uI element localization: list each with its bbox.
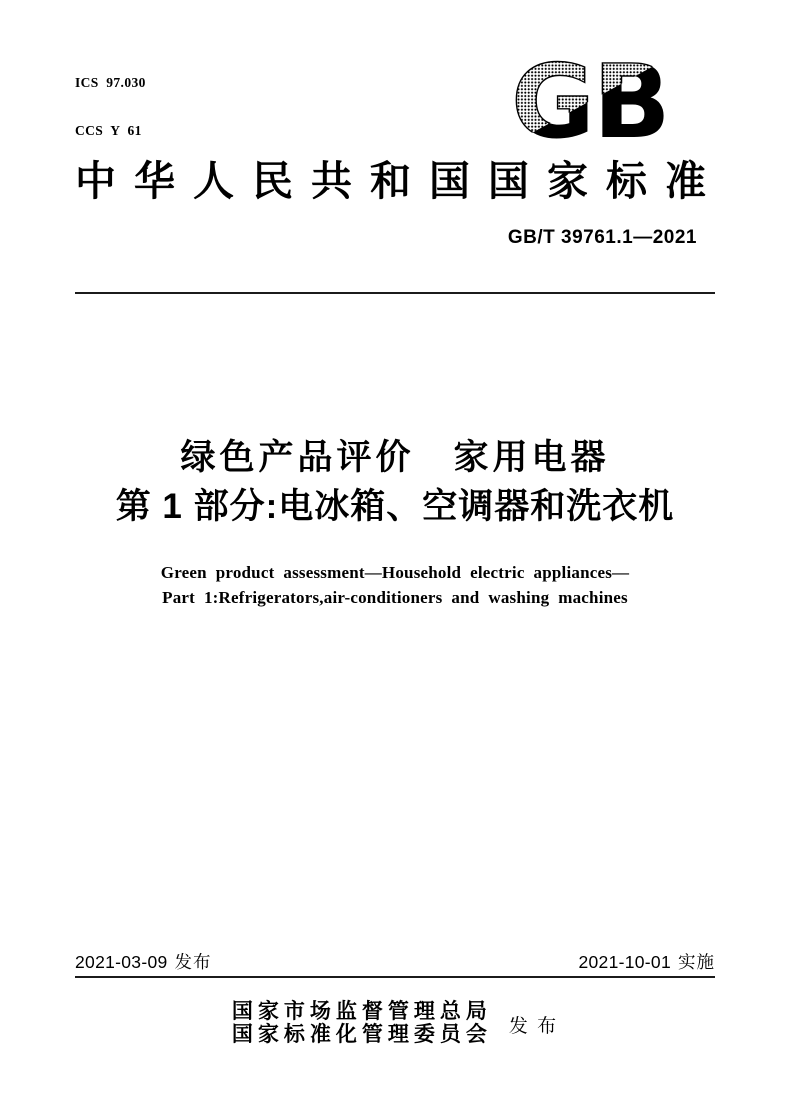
issuer-block: 国家市场监督管理总局 国家标准化管理委员会 发 布 — [0, 1000, 790, 1046]
footer-rule — [75, 976, 715, 978]
issue-label: 发布 — [175, 952, 212, 972]
implement-date: 2021-10-01 — [578, 952, 671, 972]
ccs-code: CCS Y 61 — [75, 123, 146, 139]
standard-number: GB/T 39761.1—2021 — [508, 228, 697, 247]
implement-date-row: 2021-10-01实施 — [578, 954, 715, 972]
header-rule — [75, 292, 715, 294]
issuer-names: 国家市场监督管理总局 国家标准化管理委员会 — [232, 1000, 492, 1046]
title-english: Green product assessment—Household elect… — [0, 560, 790, 610]
title-en-line1: Green product assessment—Household elect… — [0, 560, 790, 585]
classification-codes: ICS 97.030 CCS Y 61 — [75, 43, 146, 171]
issue-date-row: 2021-03-09发布 — [75, 954, 212, 972]
issuer-line-1: 国家市场监督管理总局 — [232, 1000, 492, 1023]
standard-cover-page: ICS 97.030 CCS Y 61 GB GB 中华人民共和国国家标准 GB… — [0, 0, 790, 1116]
title-en-line2: Part 1:Refrigerators,air-conditioners an… — [0, 585, 790, 610]
issuer-line-2: 国家标准化管理委员会 — [232, 1023, 492, 1046]
title-cn-line1: 绿色产品评价 家用电器 — [0, 440, 790, 475]
title-cn-line2: 第 1 部分:电冰箱、空调器和洗衣机 — [0, 489, 790, 524]
implement-label: 实施 — [678, 952, 715, 972]
issue-date: 2021-03-09 — [75, 952, 168, 972]
publish-label: 发 布 — [509, 1009, 558, 1038]
national-standard-heading: 中华人民共和国国家标准 — [75, 161, 735, 202]
ics-code: ICS 97.030 — [75, 75, 146, 91]
gb-logo-icon: GB GB — [510, 57, 670, 145]
